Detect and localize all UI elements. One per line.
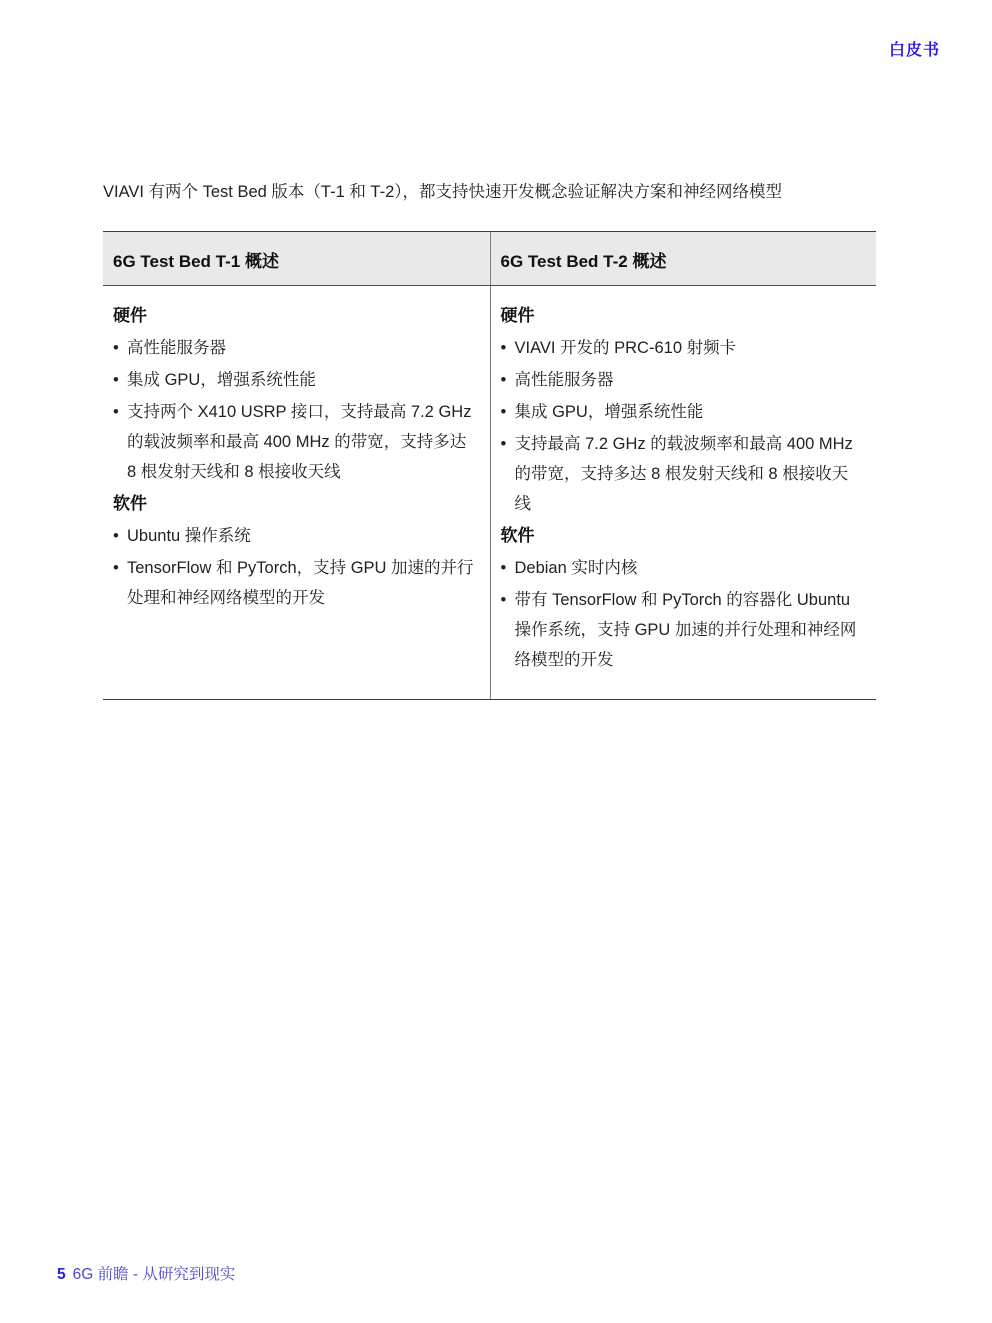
bullet-item: •VIAVI 开发的 PRC-610 射频卡 [501,333,865,363]
bullet-text: 支持两个 X410 USRP 接口，支持最高 7.2 GHz 的载波频率和最高 … [127,397,478,487]
table-header-t2: 6G Test Bed T-2 概述 [490,232,877,285]
bullet-text: 高性能服务器 [515,365,865,395]
bullet-item: •集成 GPU，增强系统性能 [113,365,478,395]
section-title: 硬件 [501,301,865,331]
bullet-icon: • [113,333,127,363]
table-cell-body-1: 硬件•VIAVI 开发的 PRC-610 射频卡•高性能服务器•集成 GPU，增… [490,286,877,699]
bullet-item: •高性能服务器 [113,333,478,363]
bullet-icon: • [113,365,127,395]
bullet-text: 带有 TensorFlow 和 PyTorch 的容器化 Ubuntu 操作系统… [515,585,865,675]
bullet-icon: • [501,585,515,675]
bullet-item: •支持两个 X410 USRP 接口，支持最高 7.2 GHz 的载波频率和最高… [113,397,478,487]
page-footer: 56G 前瞻 - 从研究到现实 [57,1264,235,1286]
whitepaper-label: 白皮书 [889,37,940,60]
bullet-icon: • [501,333,515,363]
bullet-item: •集成 GPU，增强系统性能 [501,397,865,427]
bullet-item: •高性能服务器 [501,365,865,395]
testbed-comparison-table: 6G Test Bed T-1 概述 6G Test Bed T-2 概述 硬件… [103,231,876,700]
bullet-icon: • [501,365,515,395]
table-cell-body-0: 硬件•高性能服务器•集成 GPU，增强系统性能•支持两个 X410 USRP 接… [103,286,490,699]
bullet-icon: • [501,429,515,519]
bullet-icon: • [113,553,127,613]
bullet-icon: • [501,553,515,583]
bullet-text: TensorFlow 和 PyTorch，支持 GPU 加速的并行处理和神经网络… [127,553,478,613]
bullet-icon: • [113,397,127,487]
bullet-item: •Debian 实时内核 [501,553,865,583]
bullet-text: 集成 GPU，增强系统性能 [515,397,865,427]
table-body-row: 硬件•高性能服务器•集成 GPU，增强系统性能•支持两个 X410 USRP 接… [103,286,876,699]
bullet-item: •Ubuntu 操作系统 [113,521,478,551]
section-title: 硬件 [113,301,478,331]
bullet-item: •带有 TensorFlow 和 PyTorch 的容器化 Ubuntu 操作系… [501,585,865,675]
bullet-text: 高性能服务器 [127,333,478,363]
page-number: 5 [57,1266,66,1283]
bullet-item: •TensorFlow 和 PyTorch，支持 GPU 加速的并行处理和神经网… [113,553,478,613]
bullet-text: Debian 实时内核 [515,553,865,583]
section-title: 软件 [501,521,865,551]
bullet-item: •支持最高 7.2 GHz 的载波频率和最高 400 MHz 的带宽，支持多达 … [501,429,865,519]
bullet-text: Ubuntu 操作系统 [127,521,478,551]
bullet-icon: • [113,521,127,551]
table-header-t1: 6G Test Bed T-1 概述 [103,232,490,285]
bullet-text: VIAVI 开发的 PRC-610 射频卡 [515,333,865,363]
bullet-text: 集成 GPU，增强系统性能 [127,365,478,395]
intro-paragraph: VIAVI 有两个 Test Bed 版本（T-1 和 T-2），都支持快速开发… [103,180,888,204]
bullet-icon: • [501,397,515,427]
footer-title: 6G 前瞻 - 从研究到现实 [73,1266,236,1283]
bullet-text: 支持最高 7.2 GHz 的载波频率和最高 400 MHz 的带宽，支持多达 8… [515,429,865,519]
section-title: 软件 [113,489,478,519]
table-header-row: 6G Test Bed T-1 概述 6G Test Bed T-2 概述 [103,232,876,286]
